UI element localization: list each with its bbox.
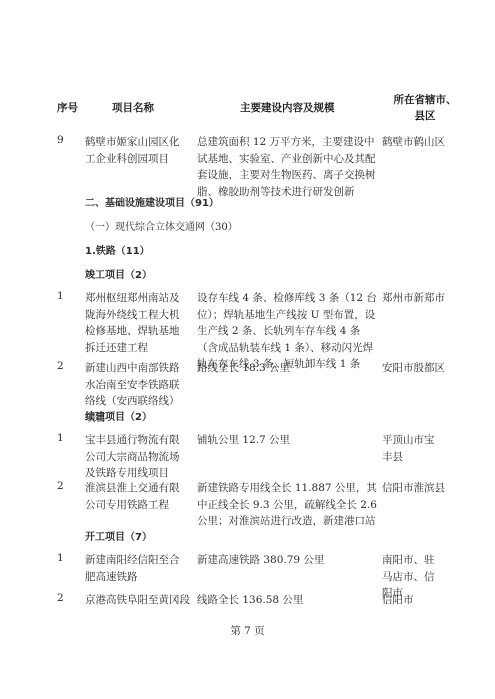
document-page: 序号 项目名称 主要建设内容及规模 所在省辖市、 县区 9 鹤壁市姬家山园区化工… [0, 0, 495, 699]
row-no: 2 [57, 480, 87, 492]
row-location: 信阳市淮滨县 [382, 480, 472, 497]
row-project-name: 京港高铁阜阳至黄冈段 [85, 592, 195, 609]
header-location: 所在省辖市、 县区 [380, 92, 470, 124]
row-content: 线路全长 136.58 公里 [197, 592, 377, 609]
row-content: 总建筑面积 12 万平方米，主要建设中试基地、实验室、产业创新中心及其配套设施，… [197, 134, 377, 200]
group-title-completed: 竣工项目（2） [85, 266, 152, 281]
row-project-name: 新建南阳经信阳至合肥高速铁路 [85, 552, 183, 585]
row-location: 鹤壁市鹤山区 [382, 134, 472, 151]
header-location-line1: 所在省辖市、 [380, 92, 470, 108]
section-title: 二、基础设施建设项目（91） [85, 194, 219, 209]
row-location: 信阳市 [382, 592, 472, 609]
page-number: 第 7 页 [0, 623, 495, 638]
row-no: 2 [57, 592, 87, 604]
group-title-starting: 开工项目（7） [85, 528, 152, 543]
row-no: 1 [57, 432, 87, 444]
group-title-continuing: 续建项目（2） [85, 408, 152, 423]
row-no: 1 [57, 552, 87, 564]
row-content: 铺轨公里 12.7 公里 [197, 432, 377, 449]
row-location: 安阳市殷都区 [382, 360, 472, 377]
row-location: 郑州市新郑市 [382, 290, 472, 307]
row-no: 1 [57, 290, 87, 302]
row-project-name: 鹤壁市姬家山园区化工企业科创园项目 [85, 134, 183, 167]
row-no: 9 [57, 134, 87, 146]
row-content: 新建高速铁路 380.79 公里 [197, 552, 377, 569]
row-content: 新建铁路专用线全长 11.887 公里，其中正线全长 9.3 公里，疏解线全长 … [197, 480, 377, 530]
row-no: 2 [57, 360, 87, 372]
header-content: 主要建设内容及规模 [240, 100, 335, 115]
row-project-name: 宝丰县通行物流有限公司大宗商品物流场及铁路专用线项目 [85, 432, 183, 482]
row-location: 平顶山市宝丰县 [382, 432, 442, 465]
header-project-name: 项目名称 [112, 100, 154, 115]
row-project-name: 淮滨县淮上交通有限公司专用铁路工程 [85, 480, 183, 513]
row-project-name: 郑州枢纽郑州南站及陇海外绕线工程大机检修基地、焊轨基地拆迁还建工程 [85, 290, 183, 356]
header-no: 序号 [57, 100, 78, 115]
section-subtitle: （一）现代综合立体交通网（30） [85, 218, 238, 233]
row-content: 路线全长 18.3 公里 [197, 360, 377, 377]
category-title: 1.铁路（11） [85, 242, 150, 257]
header-location-line2: 县区 [380, 108, 470, 124]
